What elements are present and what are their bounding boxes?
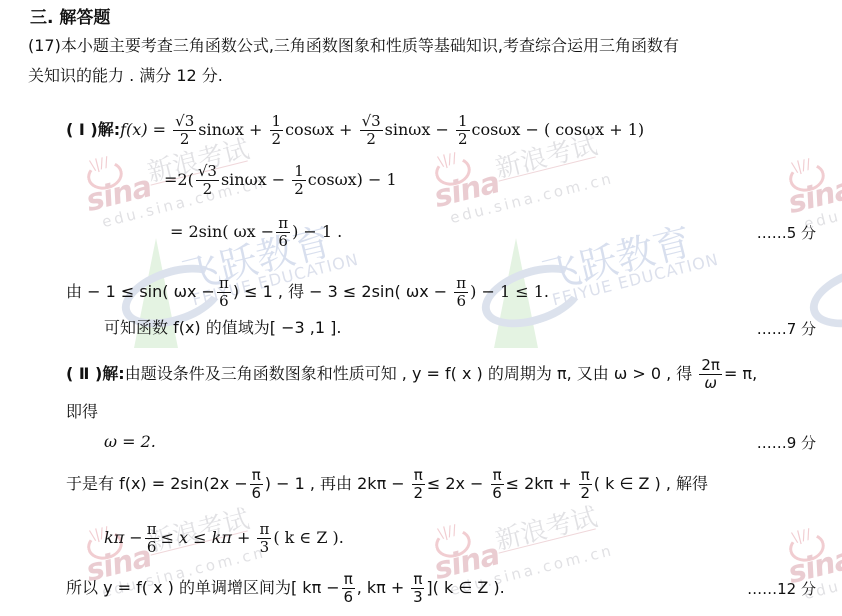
fraction: π6 — [342, 572, 355, 605]
feiyue-watermark — [808, 250, 842, 380]
sina-eye-lash-icon: \|// — [436, 150, 458, 170]
section-heading: 三. 解答题 — [30, 8, 110, 28]
sina-eye-icon — [432, 153, 474, 189]
fraction: π2 — [412, 468, 425, 501]
fraction: √32 — [173, 114, 196, 147]
sina-eye-lash-icon: \|// — [436, 522, 458, 542]
score-marker-7: ……7 分 — [757, 318, 816, 339]
part2-line-1: ( Ⅱ )解:由题设条件及三角函数图象和性质可知 , y = f( x ) 的周… — [66, 354, 757, 394]
score-marker-12: ……12 分 — [747, 578, 816, 599]
answer-key-page: \|// sina 新浪考试 edu.sina.com.cn \|// sina… — [0, 0, 842, 616]
sina-eye-lash-icon: \|// — [790, 156, 812, 176]
part1-range-conclusion: 可知函数 f(x) 的值域为[ −3 ,1 ]. — [104, 318, 341, 338]
sina-eye-icon — [786, 529, 828, 565]
fraction: π6 — [145, 522, 159, 555]
fraction: 12 — [292, 164, 306, 197]
sina-eye-icon — [432, 525, 474, 561]
fraction: π6 — [276, 216, 290, 249]
fraction: π6 — [217, 276, 231, 309]
part2-conclusion: 所以 y = f( x ) 的单调增区间为[ kπ −π6, kπ + π3](… — [66, 566, 505, 610]
score-marker-5: ……5 分 — [757, 222, 816, 243]
fraction: 12 — [270, 114, 284, 147]
part1-equation-1: ( Ⅰ )解:f(x) = √32sinωx + 12cosωx + √32si… — [66, 108, 644, 152]
score-marker-9: ……9 分 — [757, 432, 816, 453]
fraction: π3 — [411, 572, 424, 605]
part2-line-4: 于是有 f(x) = 2sin(2x −π6) − 1 , 再由 2kπ − π… — [66, 462, 708, 506]
problem-intro-line-2: 关知识的能力 . 满分 12 分. — [28, 66, 223, 86]
fraction: 2πω — [699, 358, 722, 391]
part2-line-5: kπ −π6≤ x ≤ kπ + π3( k ∈ Z ). — [104, 516, 344, 560]
fraction: π6 — [250, 468, 263, 501]
part2-omega-result: ω = 2. — [104, 432, 156, 452]
part2-line-2: 即得 — [66, 402, 98, 422]
fraction: π2 — [579, 468, 592, 501]
fraction: 12 — [456, 114, 470, 147]
part1-label: ( Ⅰ )解: — [66, 120, 120, 139]
sina-eye-lash-icon: \|// — [88, 154, 110, 174]
sina-eye-lash-icon: \|// — [790, 526, 812, 546]
fraction: √32 — [196, 164, 219, 197]
sina-eye-icon — [786, 159, 828, 195]
problem-intro-line-1: (17)本小题主要考查三角函数公式,三角函数图象和性质等基础知识,考查综合运用三… — [28, 36, 679, 56]
part2-label: ( Ⅱ )解: — [66, 364, 125, 383]
fraction: π6 — [454, 276, 468, 309]
fraction: π3 — [257, 522, 271, 555]
sina-eye-icon — [84, 157, 126, 193]
part1-equation-2: =2(√32sinωx − 12cosωx) − 1 — [164, 158, 397, 202]
part1-range-derivation: 由 − 1 ≤ sin( ωx −π6) ≤ 1 , 得 − 3 ≤ 2sin(… — [66, 270, 549, 314]
fraction: π6 — [491, 468, 504, 501]
fraction: √32 — [360, 114, 383, 147]
part1-equation-3: = 2sin( ωx −π6) − 1 . — [170, 210, 342, 254]
